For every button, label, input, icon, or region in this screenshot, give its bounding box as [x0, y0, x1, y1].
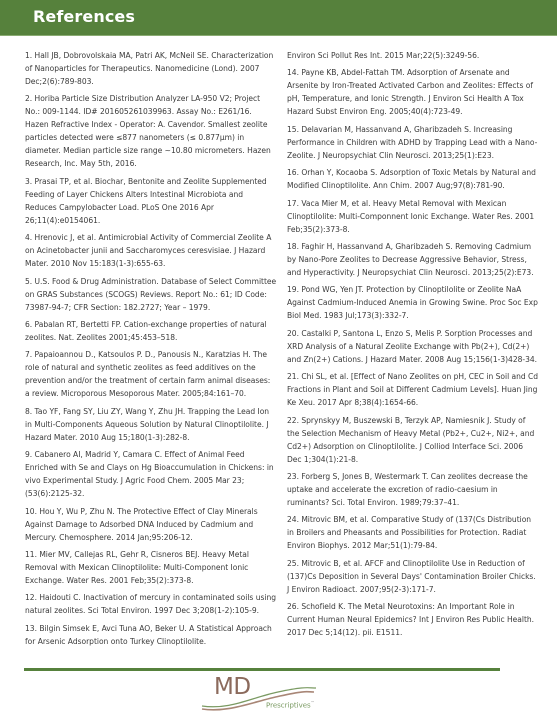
reference-item: 24. Mitrovic BM, et al. Comparative Stud…: [287, 513, 539, 552]
reference-item: 26. Schofield K. The Metal Neurotoxins: …: [287, 600, 539, 639]
reference-item: 13. Bilgin Simsek E, Avci Tuna AO, Beker…: [25, 622, 277, 648]
logo-md-text: MD: [214, 674, 251, 700]
reference-item: 21. Chi SL, et al. [Effect of Nano Zeoli…: [287, 370, 539, 409]
reference-item: 22. Sprynskyy M, Buszewski B, Terzyk AP,…: [287, 414, 539, 466]
reference-item: 17. Vaca Mier M, et al. Heavy Metal Remo…: [287, 197, 539, 236]
md-prescriptives-logo: MD Prescriptives™: [200, 676, 320, 716]
reference-item: 15. Delavarian M, Hassanvand A, Gharibza…: [287, 123, 539, 162]
reference-item: 6. Pabalan RT, Bertetti FP. Cation-excha…: [25, 318, 277, 344]
trademark-symbol: ™: [311, 700, 315, 705]
references-column-left: 1. Hall JB, Dobrovolskaia MA, Patri AK, …: [25, 49, 277, 652]
logo-prescriptives-text: Prescriptives™: [266, 700, 315, 709]
reference-item: 10. Hou Y, Wu P, Zhu N. The Protective E…: [25, 505, 277, 544]
logo-sub-label: Prescriptives: [266, 701, 311, 709]
reference-item: 23. Forberg S, Jones B, Westermark T. Ca…: [287, 470, 539, 509]
reference-item: 11. Mier MV, Callejas RL, Gehr R, Cisner…: [25, 548, 277, 587]
reference-item: 7. Papaioannou D., Katsoulos P. D., Pano…: [25, 348, 277, 400]
reference-item: 19. Pond WG, Yen JT. Protection by Clino…: [287, 283, 539, 322]
reference-item: 9. Cabanero AI, Madrid Y, Camara C. Effe…: [25, 448, 277, 500]
page-title: References: [33, 7, 135, 26]
reference-item: 25. Mitrovic B, et al. AFCF and Clinopti…: [287, 557, 539, 596]
reference-item: 1. Hall JB, Dobrovolskaia MA, Patri AK, …: [25, 49, 277, 88]
reference-item: 20. Castalki P, Santona L, Enzo S, Melis…: [287, 327, 539, 366]
footer-divider: [24, 668, 500, 671]
reference-item: 4. Hrenovic J, et al. Antimicrobial Acti…: [25, 231, 277, 270]
reference-item: 18. Faghir H, Hassanvand A, Gharibzadeh …: [287, 240, 539, 279]
reference-item: 5. U.S. Food & Drug Administration. Data…: [25, 275, 277, 314]
reference-item: 3. Prasai TP, et al. Biochar, Bentonite …: [25, 175, 277, 227]
reference-item: 2. Horiba Particle Size Distribution Ana…: [25, 92, 277, 170]
reference-item: 8. Tao YF, Fang SY, Liu ZY, Wang Y, Zhu …: [25, 405, 277, 444]
reference-item-continued: Environ Sci Pollut Res Int. 2015 Mar;22(…: [287, 49, 539, 62]
page-header: References: [0, 0, 557, 36]
reference-item: 14. Payne KB, Abdel-Fattah TM. Adsorptio…: [287, 66, 539, 118]
references-column-right: Environ Sci Pollut Res Int. 2015 Mar;22(…: [287, 49, 539, 643]
reference-item: 16. Orhan Y, Kocaoba S. Adsorption of To…: [287, 166, 539, 192]
reference-item: 12. Haidouti C. Inactivation of mercury …: [25, 591, 277, 617]
